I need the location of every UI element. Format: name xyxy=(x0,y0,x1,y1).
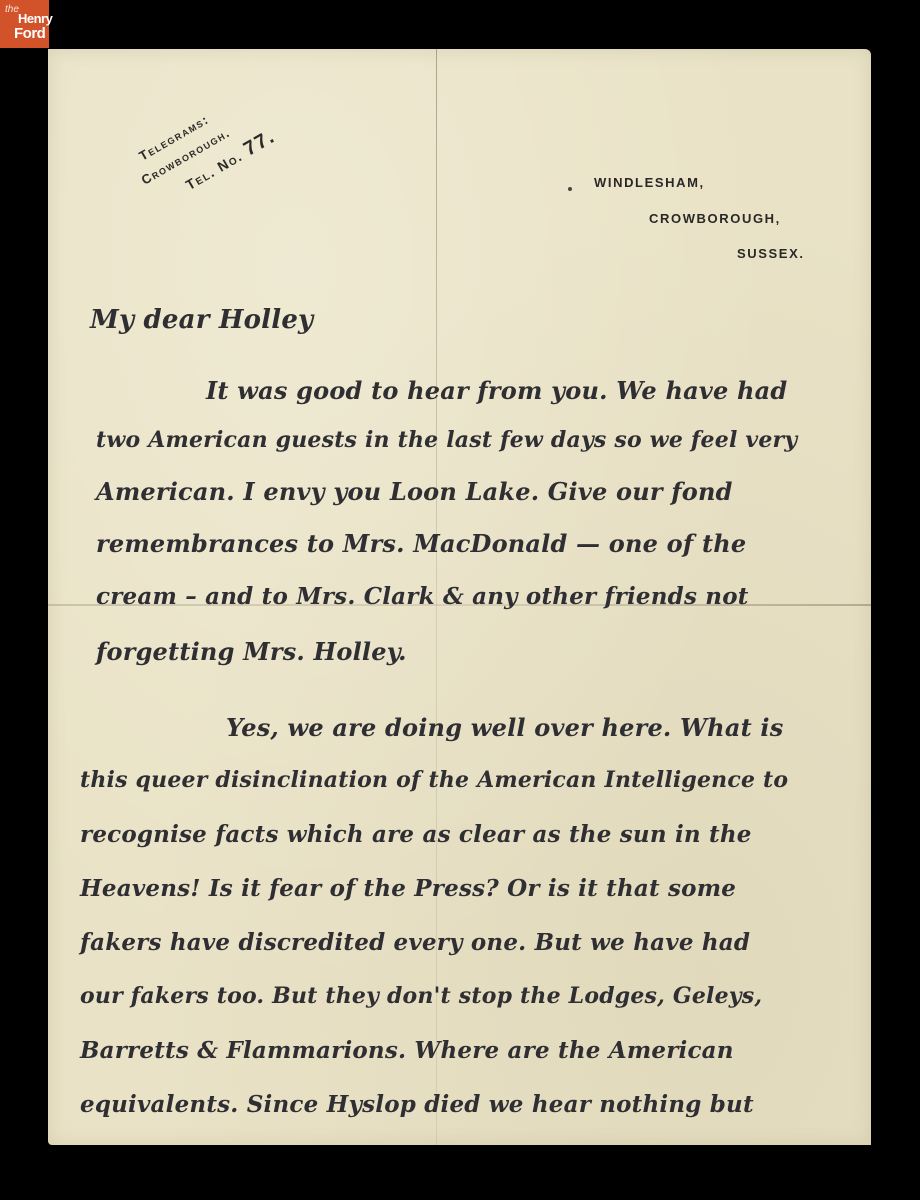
letter-line: American. I envy you Loon Lake. Give our… xyxy=(96,477,733,506)
letter-line: It was good to hear from you. We have ha… xyxy=(206,376,787,405)
letter-line: remembrances to Mrs. MacDonald — one of … xyxy=(96,529,746,558)
letter-line: equivalents. Since Hyslop died we hear n… xyxy=(80,1091,754,1118)
logo-henry: Henry xyxy=(18,12,52,25)
letter-line: fakers have discredited every one. But w… xyxy=(80,929,750,956)
henry-ford-logo: the Henry Ford xyxy=(0,0,49,48)
tel-number: 77. xyxy=(240,125,279,160)
letter-line: cream – and to Mrs. Clark & any other fr… xyxy=(96,583,749,610)
salutation: My dear Holley xyxy=(90,305,313,335)
address-line-1: WINDLESHAM, xyxy=(594,175,705,190)
logo-ford: Ford xyxy=(14,26,45,41)
letter-line: forgetting Mrs. Holley. xyxy=(96,637,407,666)
letter-line: this queer disinclination of the America… xyxy=(80,767,788,793)
letter-line: Barretts & Flammarions. Where are the Am… xyxy=(80,1037,734,1064)
letter-page: Telegrams: Crowborough. Tel. No. 77. WIN… xyxy=(48,49,871,1145)
logo-the: the xyxy=(5,5,19,15)
letter-line: Yes, we are doing well over here. What i… xyxy=(226,713,783,742)
letter-line: two American guests in the last few days… xyxy=(96,427,797,453)
letter-line: recognise facts which are as clear as th… xyxy=(80,821,752,848)
address-line-3: SUSSEX. xyxy=(737,246,805,261)
ink-spot xyxy=(568,187,572,191)
letter-line: Heavens! Is it fear of the Press? Or is … xyxy=(80,875,736,902)
address-line-2: CROWBOROUGH, xyxy=(649,211,781,226)
letter-line: our fakers too. But they don't stop the … xyxy=(80,983,762,1009)
